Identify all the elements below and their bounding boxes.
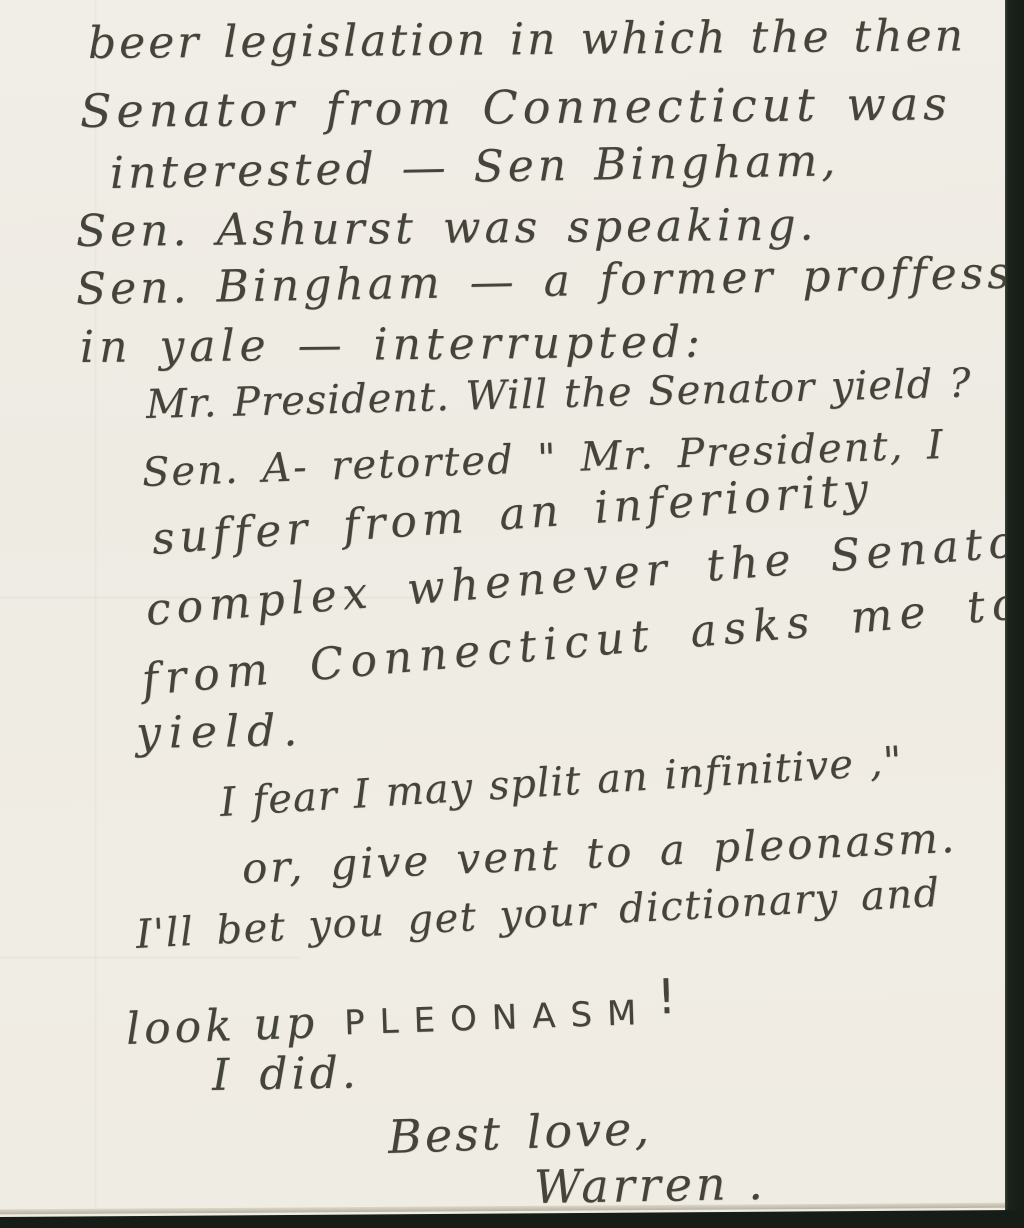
closing-line: Best love,: [387, 1101, 653, 1164]
paper-crease-vertical: [94, 0, 97, 1208]
handwriting-line-5: Sen. Bingham — a former proffessor: [76, 247, 1024, 315]
handwriting-line-12: yield.: [136, 705, 306, 759]
handwriting-line-4: Sen. Ashurst was speaking.: [76, 200, 818, 257]
exclamation-mark: !: [656, 969, 681, 1026]
pleonasm-printed-word: PLEONASM: [343, 993, 652, 1044]
letter-page: beer legislation in which the then Senat…: [0, 0, 1024, 1228]
handwriting-line-6: in yale — interrupted:: [80, 317, 705, 373]
handwriting-line-17: I did.: [212, 1047, 361, 1101]
handwriting-line-13: I fear I may split an infinitive ,": [219, 738, 904, 826]
handwriting-line-3: interested — Sen Bingham,: [110, 135, 840, 199]
handwriting-line-2: Senator from Connecticut was: [80, 76, 952, 138]
look-up-cursive: look up: [125, 997, 319, 1055]
handwriting-line-16: look upPLEONASM!: [125, 981, 681, 1056]
handwriting-line-1: beer legislation in which the then: [88, 10, 966, 69]
film-edge-right: [1005, 0, 1024, 1228]
